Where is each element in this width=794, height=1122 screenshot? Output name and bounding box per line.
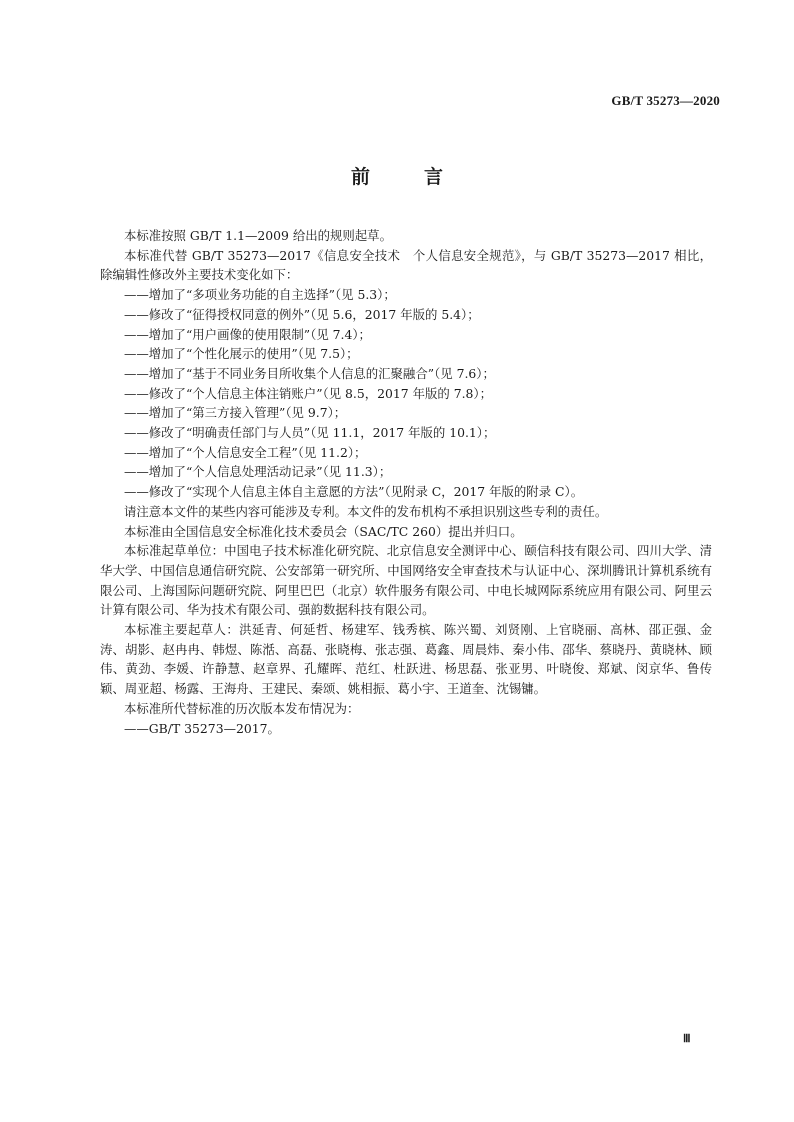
change-item: ——增加了“用户画像的使用限制”（见 7.4）； [100,325,712,345]
foreword-body: 本标准按照 GB/T 1.1—2009 给出的规则起草。 本标准代替 GB/T … [100,226,712,738]
proposer-paragraph: 本标准由全国信息安全标准化技术委员会（SAC/TC 260）提出并归口。 [100,522,712,542]
change-item: ——增加了“第三方接入管理”（见 9.7）； [100,403,712,423]
history-intro: 本标准所代替标准的历次版本发布情况为： [100,699,712,719]
drafting-units-paragraph: 本标准起草单位：中国电子技术标准化研究院、北京信息安全测评中心、颐信科技有限公司… [100,541,712,620]
title-char-2: 言 [424,162,443,189]
change-item: ——增加了“个人信息处理活动记录”（见 11.3）； [100,462,712,482]
change-list: ——增加了“多项业务功能的自主选择”（见 5.3）； ——修改了“征得授权同意的… [100,285,712,502]
title-char-1: 前 [351,162,370,189]
drafters-paragraph: 本标准主要起草人：洪延青、何延哲、杨建军、钱秀槟、陈兴蜀、刘贤刚、上官晓丽、高林… [100,620,712,699]
change-item: ——修改了“个人信息主体注销账户”（见 8.5，2017 年版的 7.8）； [100,384,712,404]
change-item: ——修改了“征得授权同意的例外”（见 5.6，2017 年版的 5.4）； [100,305,712,325]
standard-code: GB/T 35273—2020 [611,93,720,109]
change-item: ——修改了“实现个人信息主体自主意愿的方法”（见附录 C，2017 年版的附录 … [100,482,712,502]
change-item: ——增加了“多项业务功能的自主选择”（见 5.3）； [100,285,712,305]
patent-notice: 请注意本文件的某些内容可能涉及专利。本文件的发布机构不承担识别这些专利的责任。 [100,502,712,522]
change-item: ——修改了“明确责任部门与人员”（见 11.1，2017 年版的 10.1）； [100,423,712,443]
page-number: Ⅲ [683,1032,691,1045]
change-item: ——增加了“个人信息安全工程”（见 11.2）； [100,443,712,463]
history-item: ——GB/T 35273—2017。 [100,719,712,739]
replacement-paragraph: 本标准代替 GB/T 35273—2017《信息安全技术 个人信息安全规范》，与… [100,246,712,285]
change-item: ——增加了“个性化展示的使用”（见 7.5）； [100,344,712,364]
page-title: 前言 [0,162,794,189]
drafting-rules-paragraph: 本标准按照 GB/T 1.1—2009 给出的规则起草。 [100,226,712,246]
change-item: ——增加了“基于不同业务目所收集个人信息的汇聚融合”（见 7.6）； [100,364,712,384]
